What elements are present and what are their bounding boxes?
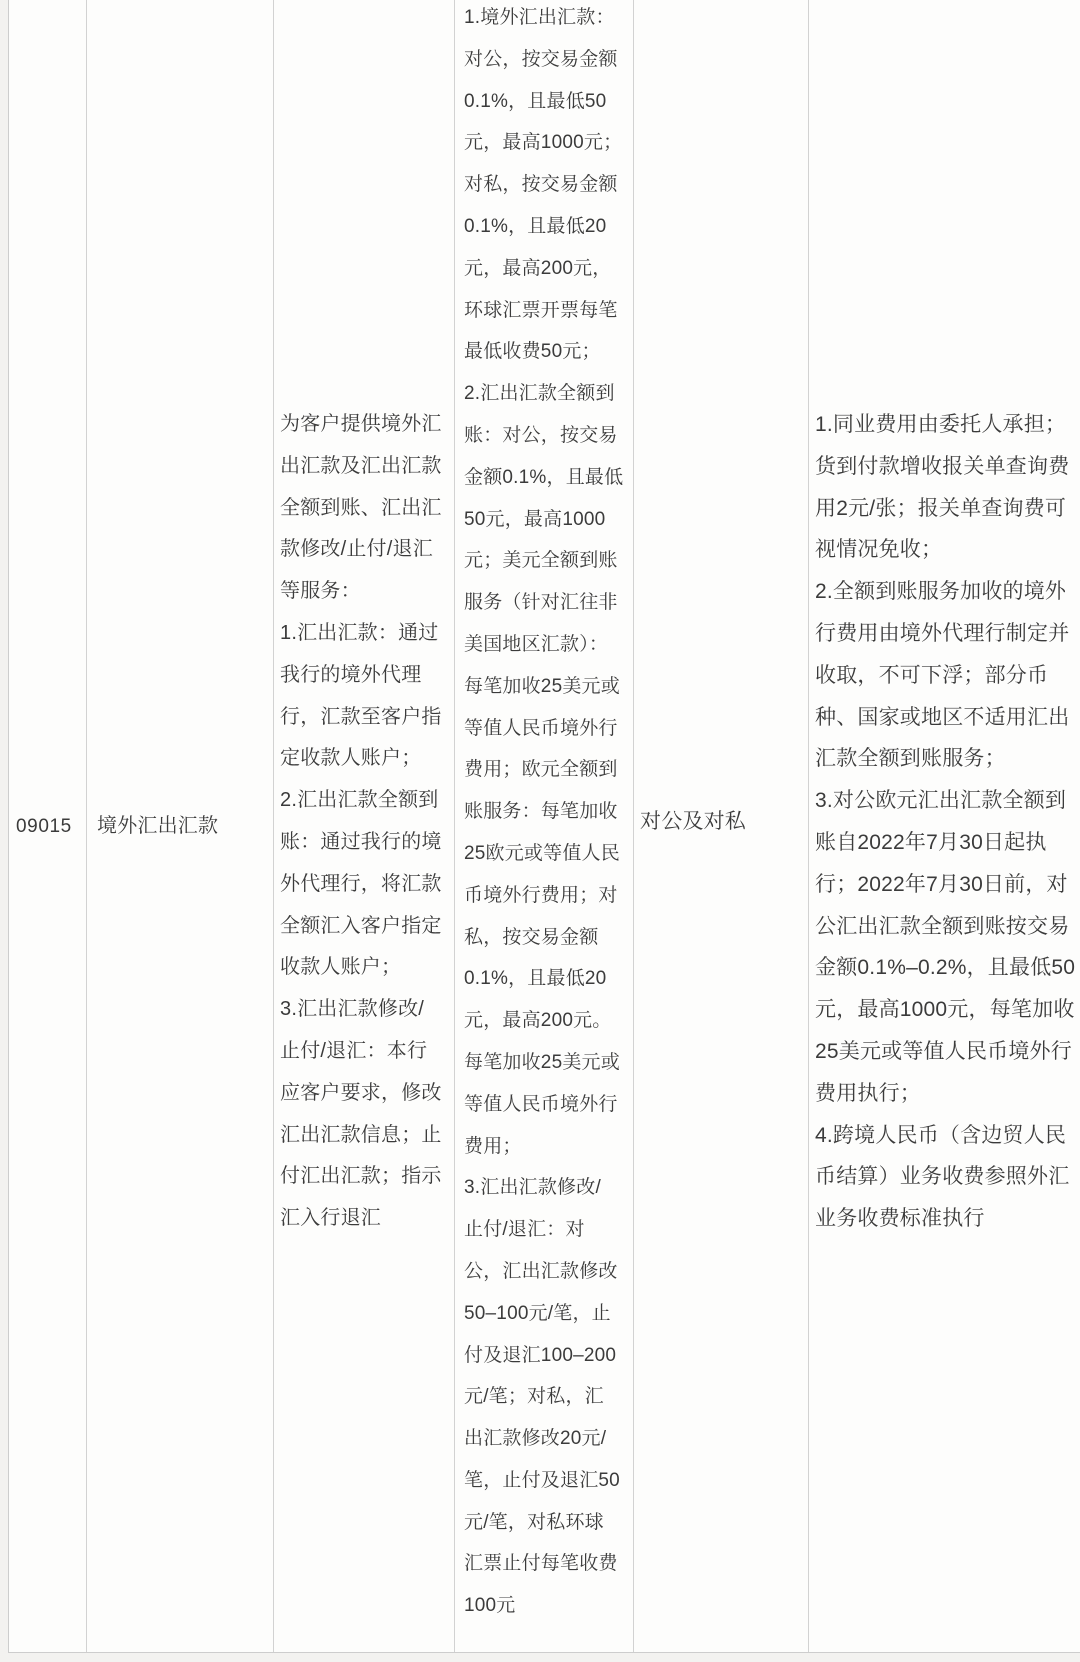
service-description-text: 为客户提供境外汇 出汇款及汇出汇款 全额到账、汇出汇 款修改/止付/退汇 等服务… (280, 404, 453, 1240)
column-service-code: 09015 (9, 0, 86, 1652)
fee-table: 09015 境外汇出汇款 为客户提供境外汇 出汇款及汇出汇款 全额到账、汇出汇 … (8, 0, 1080, 1653)
remarks-text: 1.同业费用由委托人承担； 货到付款增收报关单查询费 用2元/张；报关单查询费可… (815, 404, 1077, 1240)
column-customer-type: 对公及对私 (633, 0, 808, 1652)
service-code: 09015 (16, 806, 72, 848)
fee-schedule-page: 09015 境外汇出汇款 为客户提供境外汇 出汇款及汇出汇款 全额到账、汇出汇 … (0, 0, 1080, 1662)
column-service-name: 境外汇出汇款 (86, 0, 273, 1652)
service-name: 境外汇出汇款 (97, 806, 218, 848)
column-remarks: 1.同业费用由委托人承担； 货到付款增收报关单查询费 用2元/张；报关单查询费可… (808, 0, 1080, 1652)
pricing-details-text: 1.境外汇出汇款： 对公，按交易金额 0.1%，且最低50 元，最高1000元；… (464, 0, 633, 1627)
column-pricing: 1.境外汇出汇款： 对公，按交易金额 0.1%，且最低50 元，最高1000元；… (454, 0, 633, 1652)
customer-type: 对公及对私 (640, 801, 746, 843)
column-service-description: 为客户提供境外汇 出汇款及汇出汇款 全额到账、汇出汇 款修改/止付/退汇 等服务… (273, 0, 454, 1652)
